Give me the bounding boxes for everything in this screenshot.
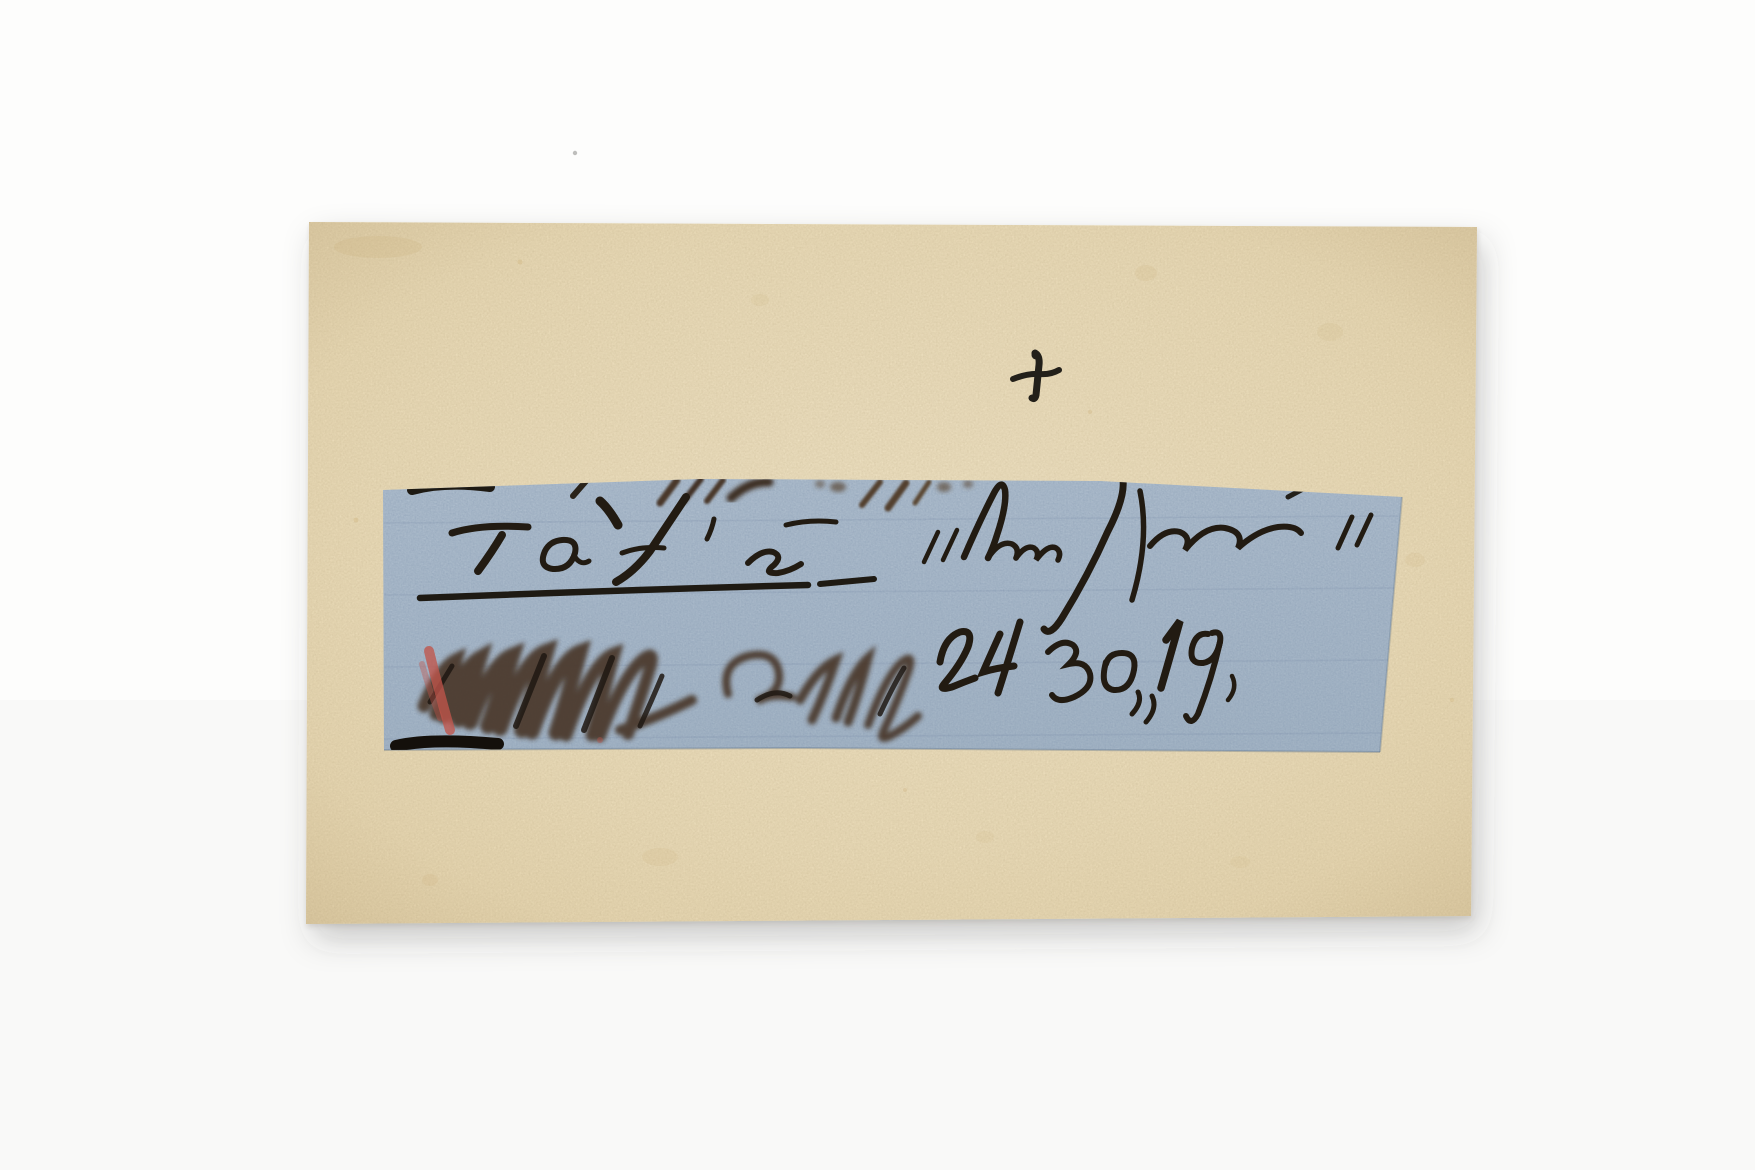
bottom-edge-fragment [396, 741, 498, 746]
label-photo-canvas [0, 0, 1755, 1170]
cream-card [306, 222, 1477, 924]
dust-speck [573, 151, 577, 155]
blue-clipping [383, 469, 1402, 752]
archival-label-photo [0, 0, 1755, 1170]
